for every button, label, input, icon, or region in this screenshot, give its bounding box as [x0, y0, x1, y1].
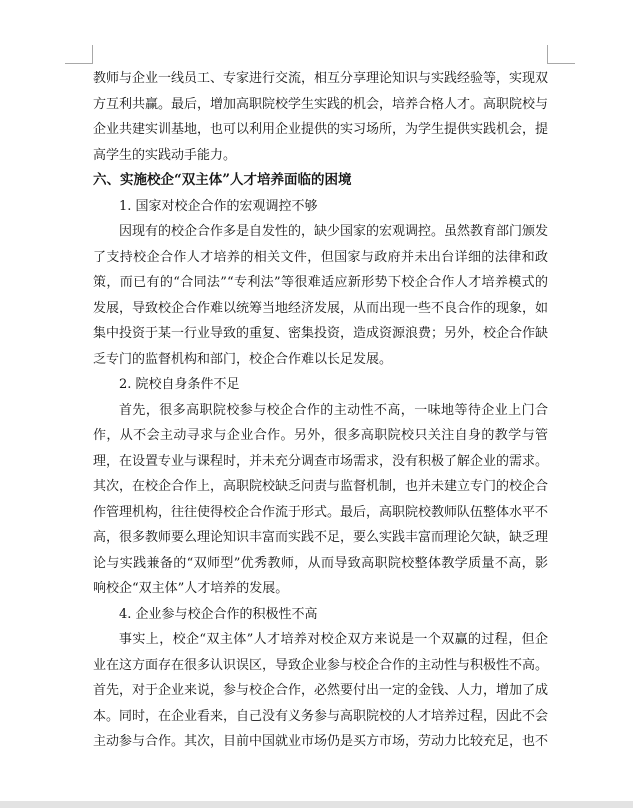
intro-paragraph: 教师与企业一线员工、专家进行交流，相互分享理论知识与实践经验等，实现双方互利共赢…	[93, 66, 548, 168]
subsection-body-4: 事实上，校企“双主体”人才培养对校企双方来说是一个双赢的过程，但企业在这方面存在…	[93, 627, 548, 755]
subsection-title-1: 1. 国家对校企合作的宏观调控不够	[93, 194, 548, 220]
page-bottom-edge	[0, 801, 633, 808]
text-boundary-mark-top-left	[65, 45, 93, 64]
document-body[interactable]: 教师与企业一线员工、专家进行交流，相互分享理论知识与实践经验等，实现双方互利共赢…	[93, 66, 548, 755]
section-heading: 六、实施校企“双主体”人才培养面临的困境	[93, 168, 548, 194]
subsection-body-2: 首先，很多高职院校参与校企合作的主动性不高，一味地等待企业上门合作，从不会主动寻…	[93, 398, 548, 602]
subsection-body-1: 因现有的校企合作多是自发性的，缺少国家的宏观调控。虽然教育部门颁发了支持校企合作…	[93, 219, 548, 372]
subsection-title-4: 4. 企业参与校企合作的积极性不高	[93, 602, 548, 628]
text-boundary-mark-top-right	[547, 45, 575, 64]
subsection-title-2: 2. 院校自身条件不足	[93, 372, 548, 398]
document-page: 教师与企业一线员工、专家进行交流，相互分享理论知识与实践经验等，实现双方互利共赢…	[0, 0, 633, 808]
